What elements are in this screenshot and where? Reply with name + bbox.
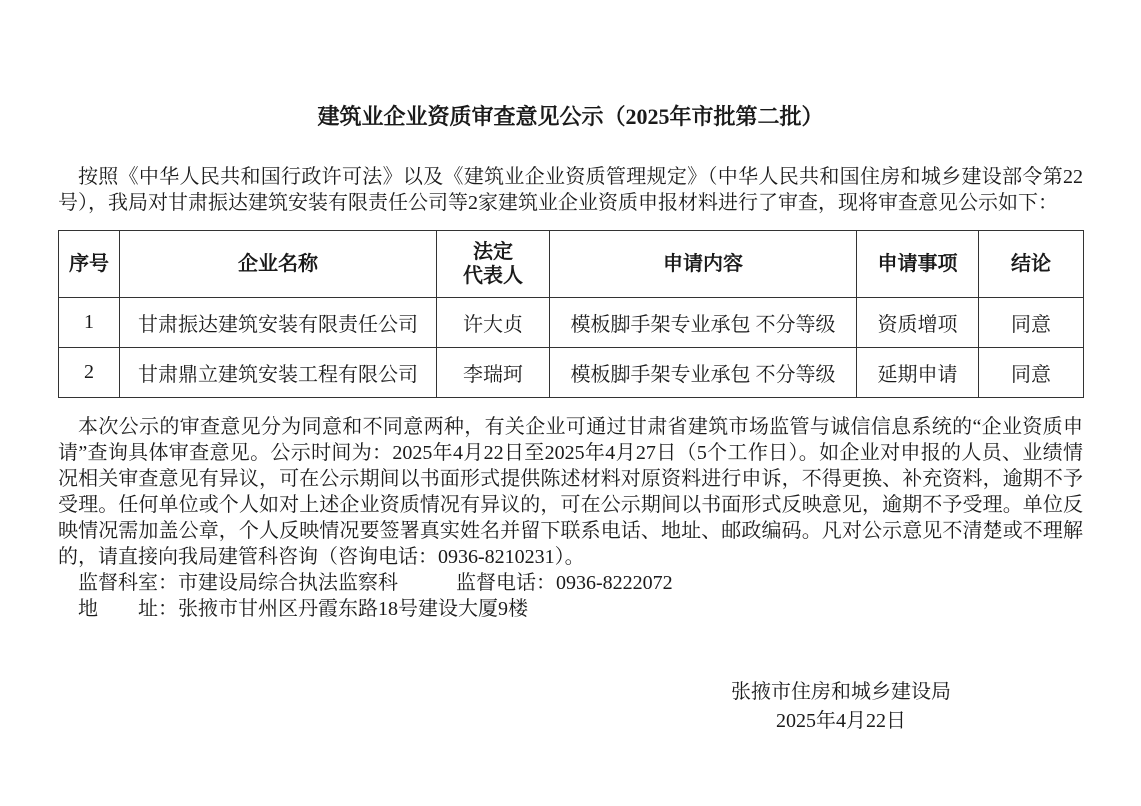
cell-content: 模板脚手架专业承包 不分等级 [550,348,857,398]
signature-org: 张掖市住房和城乡建设局 [731,678,951,707]
document-page: 建筑业企业资质审查意见公示（2025年市批第二批） 按照《中华人民共和国行政许可… [0,0,1141,806]
table-header-row: 序号 企业名称 法定 代表人 申请内容 申请事项 结论 [59,231,1084,298]
cell-conclusion: 同意 [979,348,1084,398]
cell-representative: 许大贞 [437,298,550,348]
table-row: 2 甘肃鼎立建筑安装工程有限公司 李瑞珂 模板脚手架专业承包 不分等级 延期申请… [59,348,1084,398]
supervision-office-label: 监督科室： [78,572,178,594]
column-header-content: 申请内容 [550,231,857,298]
column-header-seq: 序号 [59,231,120,298]
column-header-item: 申请事项 [857,231,979,298]
cell-item: 资质增项 [857,298,979,348]
cell-seq: 1 [59,298,120,348]
supervision-office-value: 市建设局综合执法监察科 [178,572,398,594]
supervision-phone-value: 0936-8222072 [556,572,673,594]
intro-paragraph: 按照《中华人民共和国行政许可法》以及《建筑业企业资质管理规定》（中华人民共和国住… [58,164,1083,216]
signature-date: 2025年4月22日 [731,707,951,736]
cell-content: 模板脚手架专业承包 不分等级 [550,298,857,348]
notice-paragraph: 本次公示的审查意见分为同意和不同意两种，有关企业可通过甘肃省建筑市场监管与诚信信… [58,414,1083,570]
cell-seq: 2 [59,348,120,398]
table-body: 1 甘肃振达建筑安装有限责任公司 许大贞 模板脚手架专业承包 不分等级 资质增项… [59,298,1084,398]
address-line: 地 址：张掖市甘州区丹霞东路18号建设大厦9楼 [58,596,1083,622]
cell-item: 延期申请 [857,348,979,398]
cell-representative: 李瑞珂 [437,348,550,398]
qualification-review-table: 序号 企业名称 法定 代表人 申请内容 申请事项 结论 1 甘肃振达建筑安装有限… [58,230,1084,398]
table-row: 1 甘肃振达建筑安装有限责任公司 许大贞 模板脚手架专业承包 不分等级 资质增项… [59,298,1084,348]
table-header: 序号 企业名称 法定 代表人 申请内容 申请事项 结论 [59,231,1084,298]
column-header-representative: 法定 代表人 [437,231,550,298]
column-header-company: 企业名称 [120,231,437,298]
cell-company: 甘肃振达建筑安装有限责任公司 [120,298,437,348]
supervision-phone-label: 监督电话： [456,572,556,594]
cell-company: 甘肃鼎立建筑安装工程有限公司 [120,348,437,398]
address-value: 张掖市甘州区丹霞东路18号建设大厦9楼 [178,598,528,620]
page-title: 建筑业企业资质审查意见公示（2025年市批第二批） [58,0,1083,132]
column-header-conclusion: 结论 [979,231,1084,298]
supervision-line: 监督科室：市建设局综合执法监察科监督电话：0936-8222072 [58,570,1083,596]
signature-block: 张掖市住房和城乡建设局 2025年4月22日 [731,678,951,736]
address-label: 地 址： [78,598,178,620]
cell-conclusion: 同意 [979,298,1084,348]
